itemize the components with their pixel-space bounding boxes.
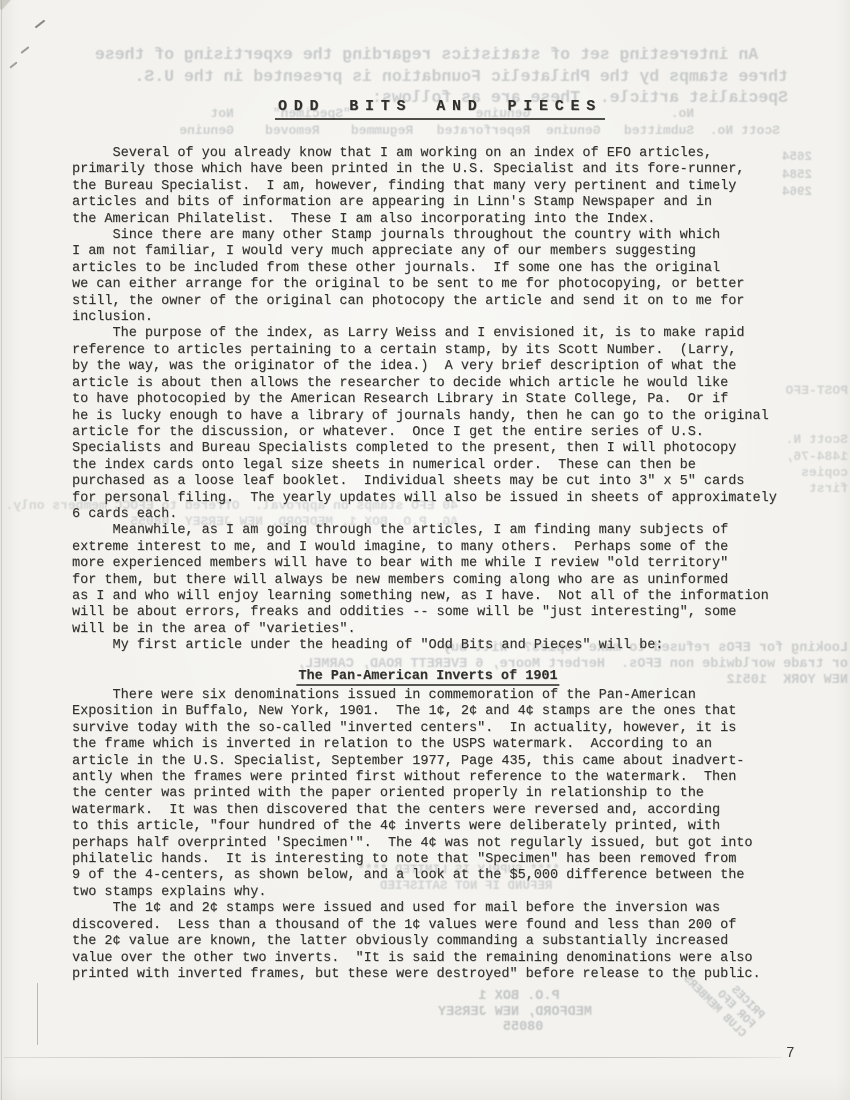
staple-mark: [35, 20, 46, 29]
scanned-document-page: An interesting set of statistics regardi…: [0, 0, 850, 1100]
page-number: 7: [786, 1046, 795, 1062]
article-subheading: The Pan-American Inverts of 1901: [296, 669, 559, 686]
intro-section-text: Several of you already know that I am wo…: [72, 146, 844, 655]
staple-mark: [20, 46, 29, 54]
scan-edge-line: [1, 0, 2, 1100]
pan-american-section-text: There were six denominations issued in c…: [72, 688, 844, 983]
page-title: ODD BITS AND PIECES: [275, 98, 605, 120]
page-corner-fold-mark: [0, 0, 19, 10]
bleed-return-address: P.O. BOX 1 MEDFORD, NEW JERSEY 08055: [438, 989, 592, 1036]
scan-hairline: [4, 1057, 782, 1058]
paper-crease-mark: [37, 983, 38, 1045]
staple-mark: [9, 61, 17, 68]
